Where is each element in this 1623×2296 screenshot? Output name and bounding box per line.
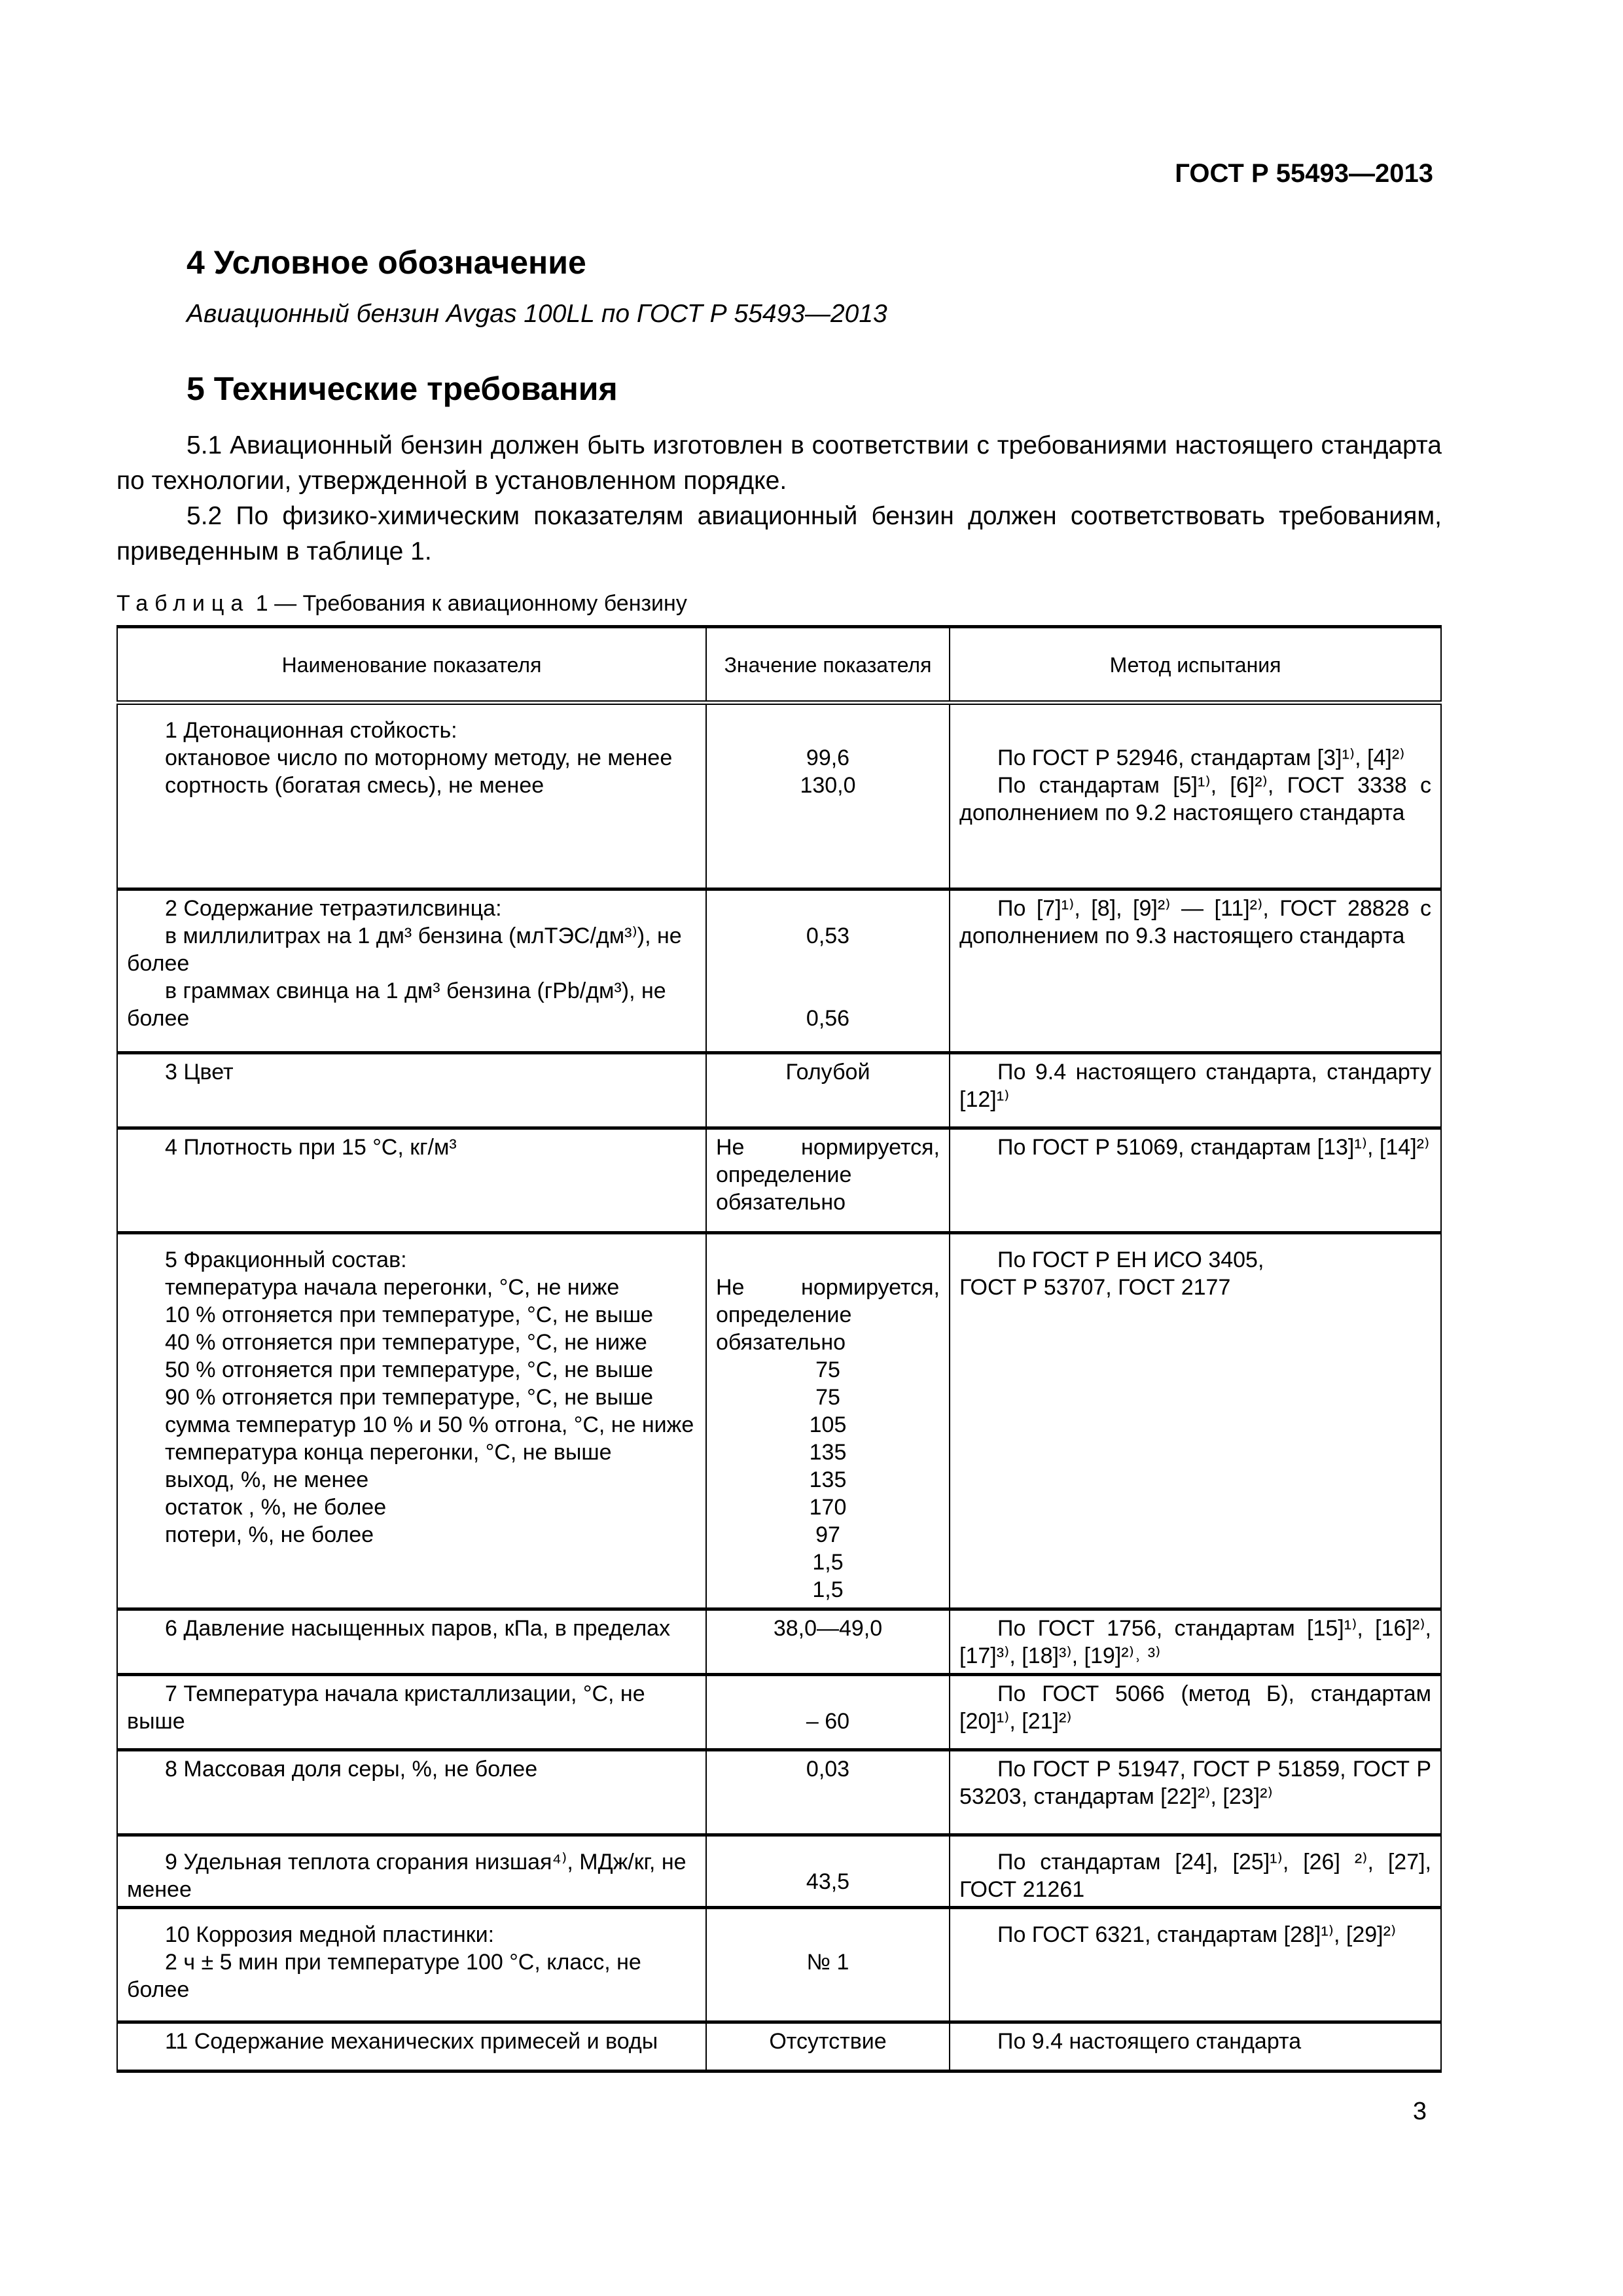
indicator-value-cell: 43,5 — [706, 1835, 950, 1908]
method-line: По стандартам [5]¹⁾, [6]²⁾, ГОСТ 3338 с … — [959, 772, 1431, 827]
indicator-value: 0,53 — [716, 922, 940, 950]
paragraph-5-2: 5.2 По физико-химическим показателям ави… — [116, 499, 1442, 569]
method-line: По 9.4 настоящего стандарта, стандарту [… — [959, 1058, 1431, 1113]
column-header-name: Наименование показателя — [117, 627, 706, 703]
requirements-table: Наименование показателя Значение показат… — [116, 625, 1442, 2073]
indicator-value-cell: № 1 — [706, 1908, 950, 2022]
indicator-line: 10 Коррозия медной пластинки: — [127, 1921, 696, 1948]
indicator-line: 2 Содержание тетраэтилсвинца: — [127, 895, 696, 922]
table-row: 6 Давление насыщенных паров, кПа, в пред… — [117, 1609, 1441, 1675]
indicator-line: 90 % отгоняется при температуре, °С, не … — [127, 1384, 696, 1411]
indicator-value: Отсутствие — [716, 2028, 940, 2055]
indicator-name-cell: 6 Давление насыщенных паров, кПа, в пред… — [117, 1609, 706, 1675]
table-header-row: Наименование показателя Значение показат… — [117, 627, 1441, 703]
indicator-value-cell: – 60 — [706, 1675, 950, 1750]
table-row: 2 Содержание тетраэтилсвинца:в миллилитр… — [117, 889, 1441, 1053]
indicator-line: остаток , %, не более — [127, 1494, 696, 1521]
indicator-name-cell: 5 Фракционный состав:температура начала … — [117, 1233, 706, 1609]
table-caption: Таблица 1 — Требования к авиационному бе… — [116, 591, 687, 617]
designation-example: Авиационный бензин Avgas 100LL по ГОСТ Р… — [187, 300, 887, 329]
indicator-value-cell: Голубой — [706, 1053, 950, 1128]
indicator-line: в миллилитрах на 1 дм³ бензина (млТЭС/дм… — [127, 922, 696, 977]
indicator-line: потери, %, не более — [127, 1521, 696, 1549]
indicator-line: 8 Массовая доля серы, %, не более — [127, 1755, 696, 1783]
indicator-value: 135 — [716, 1439, 940, 1466]
method-line: По ГОСТ Р 52946, стандартам [3]¹⁾, [4]²⁾ — [959, 744, 1431, 772]
section-4-title: 4 Условное обозначение — [187, 243, 586, 281]
indicator-value: 0,03 — [716, 1755, 940, 1783]
indicator-value: 105 — [716, 1411, 940, 1439]
table-row: 3 ЦветГолубойПо 9.4 настоящего стандарта… — [117, 1053, 1441, 1128]
table-row: 1 Детонационная стойкость:октановое числ… — [117, 703, 1441, 889]
column-header-method: Метод испытания — [950, 627, 1441, 703]
indicator-value-cell: 0,03 — [706, 1750, 950, 1835]
indicator-value-cell: Не нормируется, определение обязательно7… — [706, 1233, 950, 1609]
indicator-line: 5 Фракционный состав: — [127, 1246, 696, 1274]
indicator-line: температура конца перегонки, °С, не выше — [127, 1439, 696, 1466]
table-row: 9 Удельная теплота сгорания низшая⁴⁾, МД… — [117, 1835, 1441, 1908]
indicator-name-cell: 11 Содержание механических примесей и во… — [117, 2022, 706, 2072]
indicator-value: 0,56 — [716, 1005, 940, 1032]
indicator-value: 97 — [716, 1521, 940, 1549]
indicator-line: сумма температур 10 % и 50 % отгона, °С,… — [127, 1411, 696, 1439]
indicator-line: 7 Температура начала кристаллизации, °С,… — [127, 1680, 696, 1735]
indicator-line: температура начала перегонки, °С, не ниж… — [127, 1274, 696, 1301]
indicator-value: 75 — [716, 1384, 940, 1411]
indicator-value: 38,0—49,0 — [716, 1615, 940, 1642]
indicator-value: Не нормируется, определение обязательно — [716, 1134, 940, 1216]
indicator-line: октановое число по моторному методу, не … — [127, 744, 696, 772]
indicator-value-cell: Не нормируется, определение обязательно — [706, 1128, 950, 1233]
table-row: 5 Фракционный состав:температура начала … — [117, 1233, 1441, 1609]
indicator-value: 75 — [716, 1356, 940, 1384]
table-row: 8 Массовая доля серы, %, не более0,03По … — [117, 1750, 1441, 1835]
indicator-line: 50 % отгоняется при температуре, °С, не … — [127, 1356, 696, 1384]
indicator-value: – 60 — [716, 1708, 940, 1735]
indicator-name-cell: 3 Цвет — [117, 1053, 706, 1128]
test-method-cell: По 9.4 настоящего стандарта — [950, 2022, 1441, 2072]
table-row: 10 Коррозия медной пластинки:2 ч ± 5 мин… — [117, 1908, 1441, 2022]
indicator-value: 170 — [716, 1494, 940, 1521]
table-row: 4 Плотность при 15 °С, кг/м³Не нормирует… — [117, 1128, 1441, 1233]
indicator-line: 4 Плотность при 15 °С, кг/м³ — [127, 1134, 696, 1161]
indicator-line: сортность (богатая смесь), не менее — [127, 772, 696, 799]
test-method-cell: По ГОСТ Р 51947, ГОСТ Р 51859, ГОСТ Р 53… — [950, 1750, 1441, 1835]
test-method-cell: По [7]¹⁾, [8], [9]²⁾ — [11]²⁾, ГОСТ 2882… — [950, 889, 1441, 1053]
indicator-value-cell: 0,530,56 — [706, 889, 950, 1053]
indicator-name-cell: 8 Массовая доля серы, %, не более — [117, 1750, 706, 1835]
method-line: По ГОСТ 6321, стандартам [28]¹⁾, [29]²⁾ — [959, 1921, 1431, 1948]
test-method-cell: По ГОСТ 1756, стандартам [15]¹⁾, [16]²⁾,… — [950, 1609, 1441, 1675]
indicator-value: 43,5 — [716, 1868, 940, 1895]
table-row: 7 Температура начала кристаллизации, °С,… — [117, 1675, 1441, 1750]
method-line: По ГОСТ Р 51947, ГОСТ Р 51859, ГОСТ Р 53… — [959, 1755, 1431, 1810]
column-header-value: Значение показателя — [706, 627, 950, 703]
method-line: По ГОСТ 1756, стандартам [15]¹⁾, [16]²⁾,… — [959, 1615, 1431, 1670]
indicator-line: 10 % отгоняется при температуре, °С, не … — [127, 1301, 696, 1329]
indicator-line: 1 Детонационная стойкость: — [127, 717, 696, 744]
indicator-name-cell: 9 Удельная теплота сгорания низшая⁴⁾, МД… — [117, 1835, 706, 1908]
method-line: По 9.4 настоящего стандарта — [959, 2028, 1431, 2055]
indicator-value: 1,5 — [716, 1576, 940, 1604]
indicator-line: 9 Удельная теплота сгорания низшая⁴⁾, МД… — [127, 1848, 696, 1903]
indicator-line: в граммах свинца на 1 дм³ бензина (гPb/д… — [127, 977, 696, 1032]
indicator-value: 135 — [716, 1466, 940, 1494]
indicator-value: № 1 — [716, 1948, 940, 1976]
test-method-cell: По ГОСТ Р 51069, стандартам [13]¹⁾, [14]… — [950, 1128, 1441, 1233]
indicator-value: Не нормируется, определение обязательно — [716, 1274, 940, 1356]
method-line: ГОСТ Р 53707, ГОСТ 2177 — [959, 1274, 1431, 1301]
test-method-cell: По ГОСТ Р 52946, стандартам [3]¹⁾, [4]²⁾… — [950, 703, 1441, 889]
indicator-name-cell: 7 Температура начала кристаллизации, °С,… — [117, 1675, 706, 1750]
indicator-value-cell: 38,0—49,0 — [706, 1609, 950, 1675]
indicator-name-cell: 2 Содержание тетраэтилсвинца:в миллилитр… — [117, 889, 706, 1053]
indicator-value: 99,6 — [716, 744, 940, 772]
test-method-cell: По ГОСТ 6321, стандартам [28]¹⁾, [29]²⁾ — [950, 1908, 1441, 2022]
indicator-value: 130,0 — [716, 772, 940, 799]
indicator-value: Голубой — [716, 1058, 940, 1086]
indicator-line: выход, %, не менее — [127, 1466, 696, 1494]
paragraph-5-1: 5.1 Авиационный бензин должен быть изгот… — [116, 428, 1442, 499]
indicator-name-cell: 4 Плотность при 15 °С, кг/м³ — [117, 1128, 706, 1233]
method-line: По стандартам [24], [25]¹⁾, [26] ²⁾, [27… — [959, 1848, 1431, 1903]
indicator-name-cell: 1 Детонационная стойкость:октановое числ… — [117, 703, 706, 889]
indicator-value-cell: Отсутствие — [706, 2022, 950, 2072]
indicator-line: 40 % отгоняется при температуре, °С, не … — [127, 1329, 696, 1356]
indicator-value-cell: 99,6130,0 — [706, 703, 950, 889]
table-row: 11 Содержание механических примесей и во… — [117, 2022, 1441, 2072]
indicator-line: 2 ч ± 5 мин при температуре 100 °С, клас… — [127, 1948, 696, 2003]
method-line: По ГОСТ 5066 (метод Б), стандартам [20]¹… — [959, 1680, 1431, 1735]
indicator-value: 1,5 — [716, 1549, 940, 1576]
document-code: ГОСТ Р 55493—2013 — [1175, 159, 1433, 188]
test-method-cell: По ГОСТ Р ЕН ИСО 3405,ГОСТ Р 53707, ГОСТ… — [950, 1233, 1441, 1609]
indicator-line: 3 Цвет — [127, 1058, 696, 1086]
test-method-cell: По стандартам [24], [25]¹⁾, [26] ²⁾, [27… — [950, 1835, 1441, 1908]
method-line: По ГОСТ Р 51069, стандартам [13]¹⁾, [14]… — [959, 1134, 1431, 1161]
indicator-name-cell: 10 Коррозия медной пластинки:2 ч ± 5 мин… — [117, 1908, 706, 2022]
page-number: 3 — [1413, 2098, 1427, 2126]
test-method-cell: По 9.4 настоящего стандарта, стандарту [… — [950, 1053, 1441, 1128]
indicator-line: 11 Содержание механических примесей и во… — [127, 2028, 696, 2055]
method-line: По ГОСТ Р ЕН ИСО 3405, — [959, 1246, 1431, 1274]
section-5-title: 5 Технические требования — [187, 370, 618, 408]
test-method-cell: По ГОСТ 5066 (метод Б), стандартам [20]¹… — [950, 1675, 1441, 1750]
method-line: По [7]¹⁾, [8], [9]²⁾ — [11]²⁾, ГОСТ 2882… — [959, 895, 1431, 950]
indicator-line: 6 Давление насыщенных паров, кПа, в пред… — [127, 1615, 696, 1642]
